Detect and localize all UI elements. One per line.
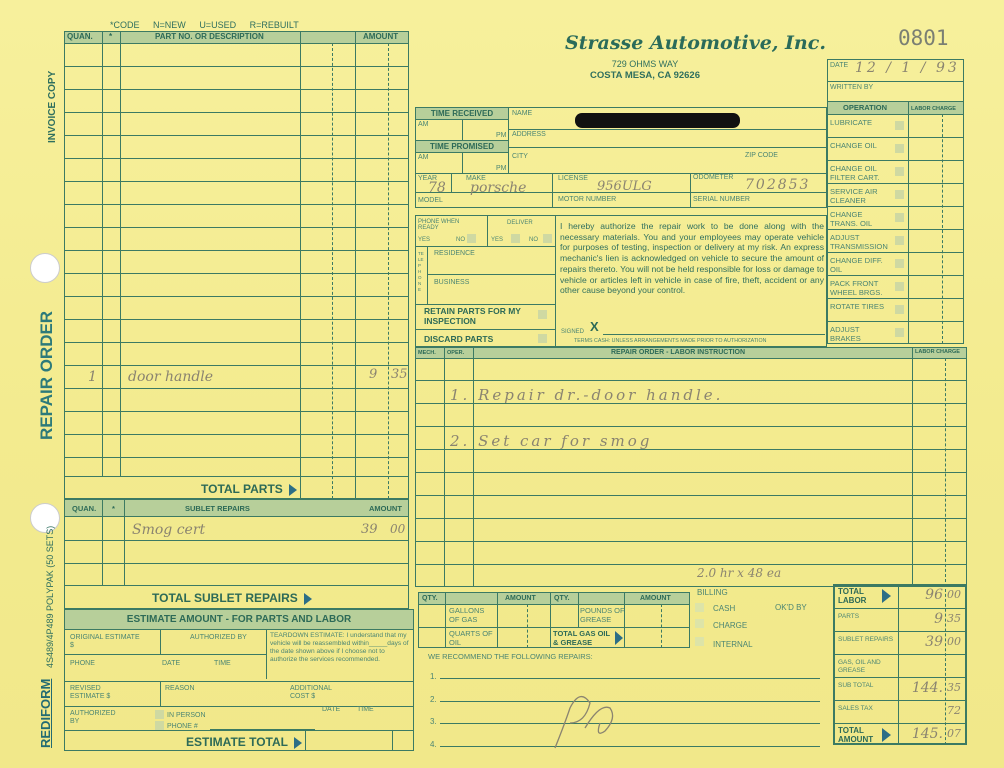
totals-cents[interactable]: 00 [947,588,961,601]
operation-row[interactable]: CHANGE OIL [827,137,964,160]
operation-row[interactable]: LUBRICATE [827,114,964,137]
fluids-qty-header: QTY. [422,594,438,603]
operation-checkbox[interactable] [895,121,904,130]
operation-row[interactable]: PACK FRONT WHEEL BRGS. [827,275,964,298]
copy-label: INVOICE COPY [47,71,58,143]
reason-label: REASON [165,685,195,693]
parts-col-desc: PART NO. OR DESCRIPTION [155,32,264,42]
terms-text: TERMS CASH: UNLESS ARRANGEMENTS MADE PRI… [574,337,766,345]
operation-row[interactable]: ADJUST TRANSMISSION [827,229,964,252]
part-dollars: 9 [369,367,377,382]
model-label: MODEL [418,197,443,205]
initials-scribble [545,683,625,753]
operation-checkbox[interactable] [895,282,904,291]
total-parts-label: TOTAL PARTS [201,482,297,496]
labor-charge-col-header: LABOR CHARGE [915,348,960,356]
sublet-col-code: * [112,504,115,514]
vehicle-make[interactable]: porsche [470,180,526,196]
labor-charge-header: LABOR CHARGE [911,104,956,114]
sublet-description: Smog cert [132,522,205,538]
totals-label: SUBLET REPAIRS [838,636,894,644]
pm-label: PM [496,132,507,140]
recommend-line-number: 3. [430,718,437,726]
sublet-col-amount: AMOUNT [369,504,402,514]
date-label: DATE [162,660,180,668]
recommend-line-4[interactable] [440,746,820,747]
sublet-cents: 00 [390,522,405,536]
recommend-line-3[interactable] [440,723,820,724]
operation-row[interactable]: CHANGE DIFF. OIL [827,252,964,275]
labor-instruction-table [415,347,967,587]
totals-cents[interactable]: 00 [947,635,961,648]
operation-checkbox[interactable] [895,167,904,176]
operation-checkbox[interactable] [895,305,904,314]
quarts-oil-label: QUARTS OF OIL [449,629,494,647]
no-label: NO [456,236,465,244]
fluids-amount-header: AMOUNT [505,594,536,603]
operation-checkbox[interactable] [895,144,904,153]
phone-when-ready-label: PHONE WHEN READY [418,219,468,231]
fluids-qty-header-2: QTY. [554,594,570,603]
revised-estimate-label: REVISED ESTIMATE $ [70,685,130,701]
operation-label: ADJUST TRANSMISSION [830,233,892,251]
recommend-line-number: 2. [430,696,437,704]
estimate-title: ESTIMATE AMOUNT - FOR PARTS AND LABOR [65,610,413,629]
binder-hole [30,253,60,283]
retain-parts-label: RETAIN PARTS FOR MY INSPECTION [424,306,524,326]
yes-label: YES [418,236,430,244]
operation-row[interactable]: ADJUST BRAKES [827,321,964,344]
form-title: REPAIR ORDER [37,311,57,440]
totals-row: SALES TAX72 [834,700,966,723]
internal-label: INTERNAL [713,641,753,649]
operation-label: CHANGE OIL [830,141,892,150]
total-gas-oil-grease-label: TOTAL GAS OIL & GREASE [553,629,615,647]
totals-cents[interactable]: 35 [947,612,961,625]
totals-label: GAS, OIL AND GREASE [838,659,894,674]
recommend-title: WE RECOMMEND THE FOLLOWING REPAIRS: [428,653,593,661]
odometer-label: ODOMETER [693,174,733,182]
operation-row[interactable]: SERVICE AIR CLEANER [827,183,964,206]
written-by-label: WRITTEN BY [830,84,873,92]
operation-label: CHANGE TRANS. OIL [830,210,892,228]
telephone-label: TELEPHONE [418,251,424,293]
recommend-line-1[interactable] [440,678,820,679]
phone-checkbox[interactable] [155,721,164,730]
billing-label: BILLING [697,589,728,597]
totals-dollars[interactable]: 96 [900,587,943,603]
teardown-estimate-text: TEARDOWN ESTIMATE: I understand that my … [270,632,412,664]
parts-col-quan: QUAN. [67,32,93,42]
arrow-right-icon [294,737,302,749]
totals-row: PARTS935 [834,608,966,631]
in-person-label: IN PERSON [167,712,206,720]
totals-dollars[interactable]: 9 [900,611,943,627]
vehicle-year[interactable]: 78 [428,180,446,196]
am-label: AM [418,154,429,162]
totals-label: TOTAL AMOUNT [838,726,878,744]
shop-address: 729 OHMS WAY [545,59,745,69]
part-quantity: 1 [88,369,97,385]
okd-by-label: OK'D BY [775,604,807,612]
recommend-line-number: 4. [430,741,437,749]
authorized-by-label: AUTHORIZED BY [190,634,250,642]
redacted-customer-name [575,113,740,128]
totals-cents[interactable]: 07 [947,727,961,740]
arrow-right-icon [882,589,891,603]
retain-parts-checkbox[interactable] [538,310,547,319]
deliver-no-checkbox[interactable] [543,234,552,243]
mech-header: MECH. [418,349,436,357]
operation-label: CHANGE DIFF. OIL [830,256,892,274]
address-label: ADDRESS [512,131,546,139]
arrow-right-icon [289,484,297,496]
arrow-right-icon [304,593,312,605]
code-legend: *CODE N=NEW U=USED R=REBUILT [110,20,299,30]
operation-label: SERVICE AIR CLEANER [830,187,892,205]
parts-row[interactable]: 1 door handle 9 35 [64,367,409,389]
date-label-2: DATE [322,706,340,714]
operation-checkbox[interactable] [895,190,904,199]
authorization-text: I hereby authorize the repair work to be… [560,221,824,296]
date-field-label: DATE [830,62,848,70]
additional-cost-label: ADDITIONAL COST $ [290,685,340,701]
form-code: 4S489/4P489 POLYPAK (50 SETS) [45,526,55,668]
sublet-row[interactable]: Smog cert 39 00 [124,520,409,540]
deliver-yes-checkbox[interactable] [511,234,520,243]
totals-row: SUB TOTAL144.35 [834,677,966,700]
totals-dollars[interactable]: 39 [900,634,943,650]
operation-label: PACK FRONT WHEEL BRGS. [830,279,892,297]
phone-label: PHONE [70,660,95,668]
license-label: LICENSE [558,175,588,183]
operation-row[interactable]: ROTATE TIRES [827,298,964,321]
arrow-right-icon [882,728,891,742]
labor-line-2[interactable]: 2. Set car for smog [450,432,652,450]
vehicle-license[interactable]: 956ULG [597,179,652,194]
serial-number-label: SERIAL NUMBER [693,196,750,204]
arrow-right-icon [615,631,623,645]
repair-order-form: INVOICE COPY REPAIR ORDER 4S489/4P489 PO… [0,0,1004,768]
operation-checkbox[interactable] [895,236,904,245]
part-description: door handle [128,369,213,385]
charge-checkbox[interactable] [695,619,704,628]
time-label: TIME [214,660,231,668]
motor-number-label: MOTOR NUMBER [558,196,616,204]
phone-ready-no-checkbox[interactable] [467,234,476,243]
discard-parts-label: DISCARD PARTS [424,334,493,344]
totals-label: SALES TAX [838,705,894,713]
oper-header: OPER. [447,349,464,357]
charge-label: CHARGE [713,622,747,630]
operation-header: OPERATION [843,103,887,113]
time-label-2: TIME [357,706,374,714]
yes-label: YES [491,236,503,244]
phone-number-label: PHONE # [167,723,198,731]
totals-row: TOTAL LABOR9600 [834,585,966,608]
totals-cents[interactable]: 35 [947,681,961,694]
operation-row[interactable]: CHANGE TRANS. OIL [827,206,964,229]
residence-label: RESIDENCE [434,250,475,258]
discard-parts-checkbox[interactable] [538,334,547,343]
totals-row: TOTAL AMOUNT145.07 [834,723,966,746]
no-label: NO [529,236,538,244]
labor-line-1[interactable]: 1. Repair dr.-door handle. [450,386,723,404]
zip-label: ZIP CODE [745,152,778,160]
signature-line[interactable] [603,334,825,335]
operation-checkbox[interactable] [895,328,904,337]
total-sublet-label: TOTAL SUBLET REPAIRS [152,591,312,605]
shop-city: COSTA MESA, CA 92626 [545,70,745,81]
order-date[interactable]: 12 / 1 / 93 [855,60,960,76]
operation-row[interactable]: CHANGE OIL FILTER CART. [827,160,964,183]
estimate-total-label: ESTIMATE TOTAL [186,735,302,749]
parts-col-amount: AMOUNT [363,32,398,42]
time-received-label: TIME RECEIVED [416,108,508,119]
original-estimate-label: ORIGINAL ESTIMATE $ [70,634,140,650]
time-promised-label: TIME PROMISED [416,141,508,152]
pm-label: PM [496,165,507,173]
totals-cents[interactable]: 72 [947,704,961,717]
invoice-number: 0801 [898,26,949,50]
pounds-grease-label: POUNDS OF GREASE [580,606,625,624]
internal-checkbox[interactable] [695,637,704,646]
labor-instruction-title: REPAIR ORDER - LABOR INSTRUCTION [611,349,745,357]
totals-dollars[interactable]: 144. [900,680,943,696]
operation-label: LUBRICATE [830,118,892,127]
authorized-by-label-2: AUTHORIZED BY [70,710,120,726]
recommend-line-2[interactable] [440,701,820,702]
city-label: CITY [512,153,528,161]
operation-checkbox[interactable] [895,259,904,268]
fluids-amount-header-2: AMOUNT [640,594,671,603]
totals-label: PARTS [838,613,894,621]
labor-rate-note: 2.0 hr x 48 ea [697,566,781,580]
signed-label: SIGNED [561,328,584,336]
publisher-logo: REDIFORM [38,679,53,748]
operation-label: ADJUST BRAKES [830,325,892,343]
business-label: BUSINESS [434,279,469,287]
totals-dollars[interactable]: 145. [900,726,943,742]
operation-label: ROTATE TIRES [830,302,892,311]
totals-label: TOTAL LABOR [838,587,878,605]
parts-col-code: * [109,32,112,42]
gallons-gas-label: GALLONS OF GAS [449,606,494,624]
deliver-label: DELIVER [507,219,533,227]
in-person-checkbox[interactable] [155,710,164,719]
operation-label: CHANGE OIL FILTER CART. [830,164,892,182]
totals-row: GAS, OIL AND GREASE [834,654,966,677]
am-label: AM [418,121,429,129]
name-label: NAME [512,110,532,118]
cash-label: CASH [713,605,735,613]
operation-checkbox[interactable] [895,213,904,222]
sublet-col-desc: SUBLET REPAIRS [185,504,250,514]
totals-label: SUB TOTAL [838,682,894,690]
recommend-line-number: 1. [430,673,437,681]
signature-x: X [590,320,599,334]
parts-table [64,31,409,499]
sublet-col-quan: QUAN. [72,504,96,514]
vehicle-odometer[interactable]: 702853 [745,177,810,193]
part-cents: 35 [391,367,408,382]
shop-name: Strasse Automotive, Inc. [565,32,826,54]
cash-checkbox[interactable] [695,603,704,612]
totals-row: SUBLET REPAIRS3900 [834,631,966,654]
sublet-dollars: 39 [361,522,378,537]
